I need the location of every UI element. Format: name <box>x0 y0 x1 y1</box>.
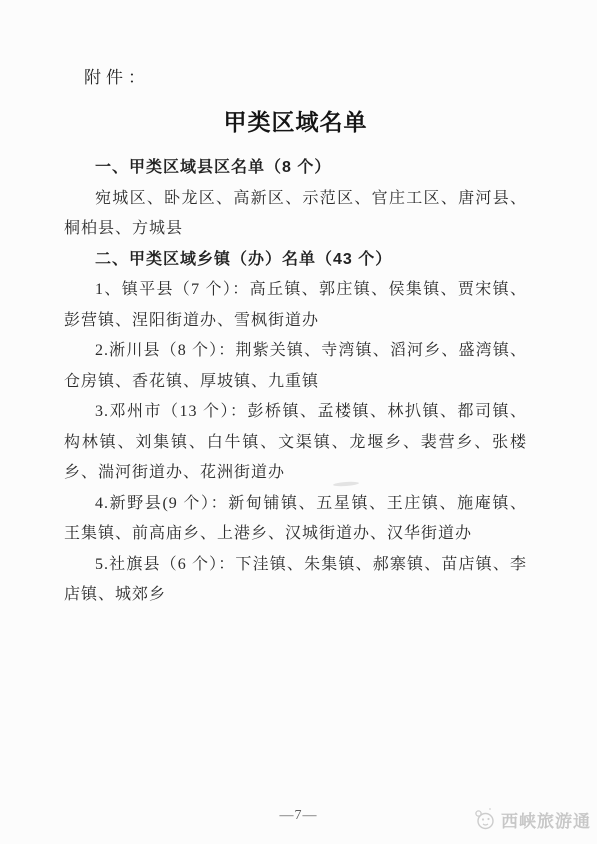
page-title: 甲类区域名单 <box>64 104 527 137</box>
document-content: 附件： 甲类区域名单 一、甲类区域县区名单（8 个） 宛城区、卧龙区、高新区、示… <box>0 0 597 611</box>
panda-face-icon <box>473 806 497 832</box>
section-1-heading: 一、甲类区域县区名单（8 个） <box>64 153 527 184</box>
section-2-item-dengzhou: 3.邓州市（13 个）：彭桥镇、孟楼镇、林扒镇、都司镇、构林镇、刘集镇、白牛镇、… <box>64 397 527 489</box>
document-page: 附件： 甲类区域名单 一、甲类区域县区名单（8 个） 宛城区、卧龙区、高新区、示… <box>0 0 597 844</box>
section-2-heading: 二、甲类区域乡镇（办）名单（43 个） <box>64 245 527 276</box>
watermark-text: 西峡旅游通 <box>501 807 591 832</box>
section-2-item-zhenping: 1、镇平县（7 个）：高丘镇、郭庄镇、侯集镇、贾宋镇、彭营镇、涅阳街道办、雪枫街… <box>64 275 527 336</box>
watermark: 西峡旅游通 <box>473 806 591 832</box>
section-2-item-xichuan: 2.淅川县（8 个）：荆紫关镇、寺湾镇、滔河乡、盛湾镇、仓房镇、香花镇、厚坡镇、… <box>64 336 527 397</box>
section-2-item-xinye: 4.新野县(9 个）：新甸铺镇、五星镇、王庄镇、施庵镇、王集镇、前高庙乡、上港乡… <box>64 489 527 550</box>
section-2-item-sheqi: 5.社旗县（6 个）：下洼镇、朱集镇、郝寨镇、苗店镇、李店镇、城郊乡 <box>64 550 527 611</box>
section-1-paragraph: 宛城区、卧龙区、高新区、示范区、官庄工区、唐河县、桐柏县、方城县 <box>64 184 527 245</box>
attachment-label: 附件： <box>84 64 527 92</box>
